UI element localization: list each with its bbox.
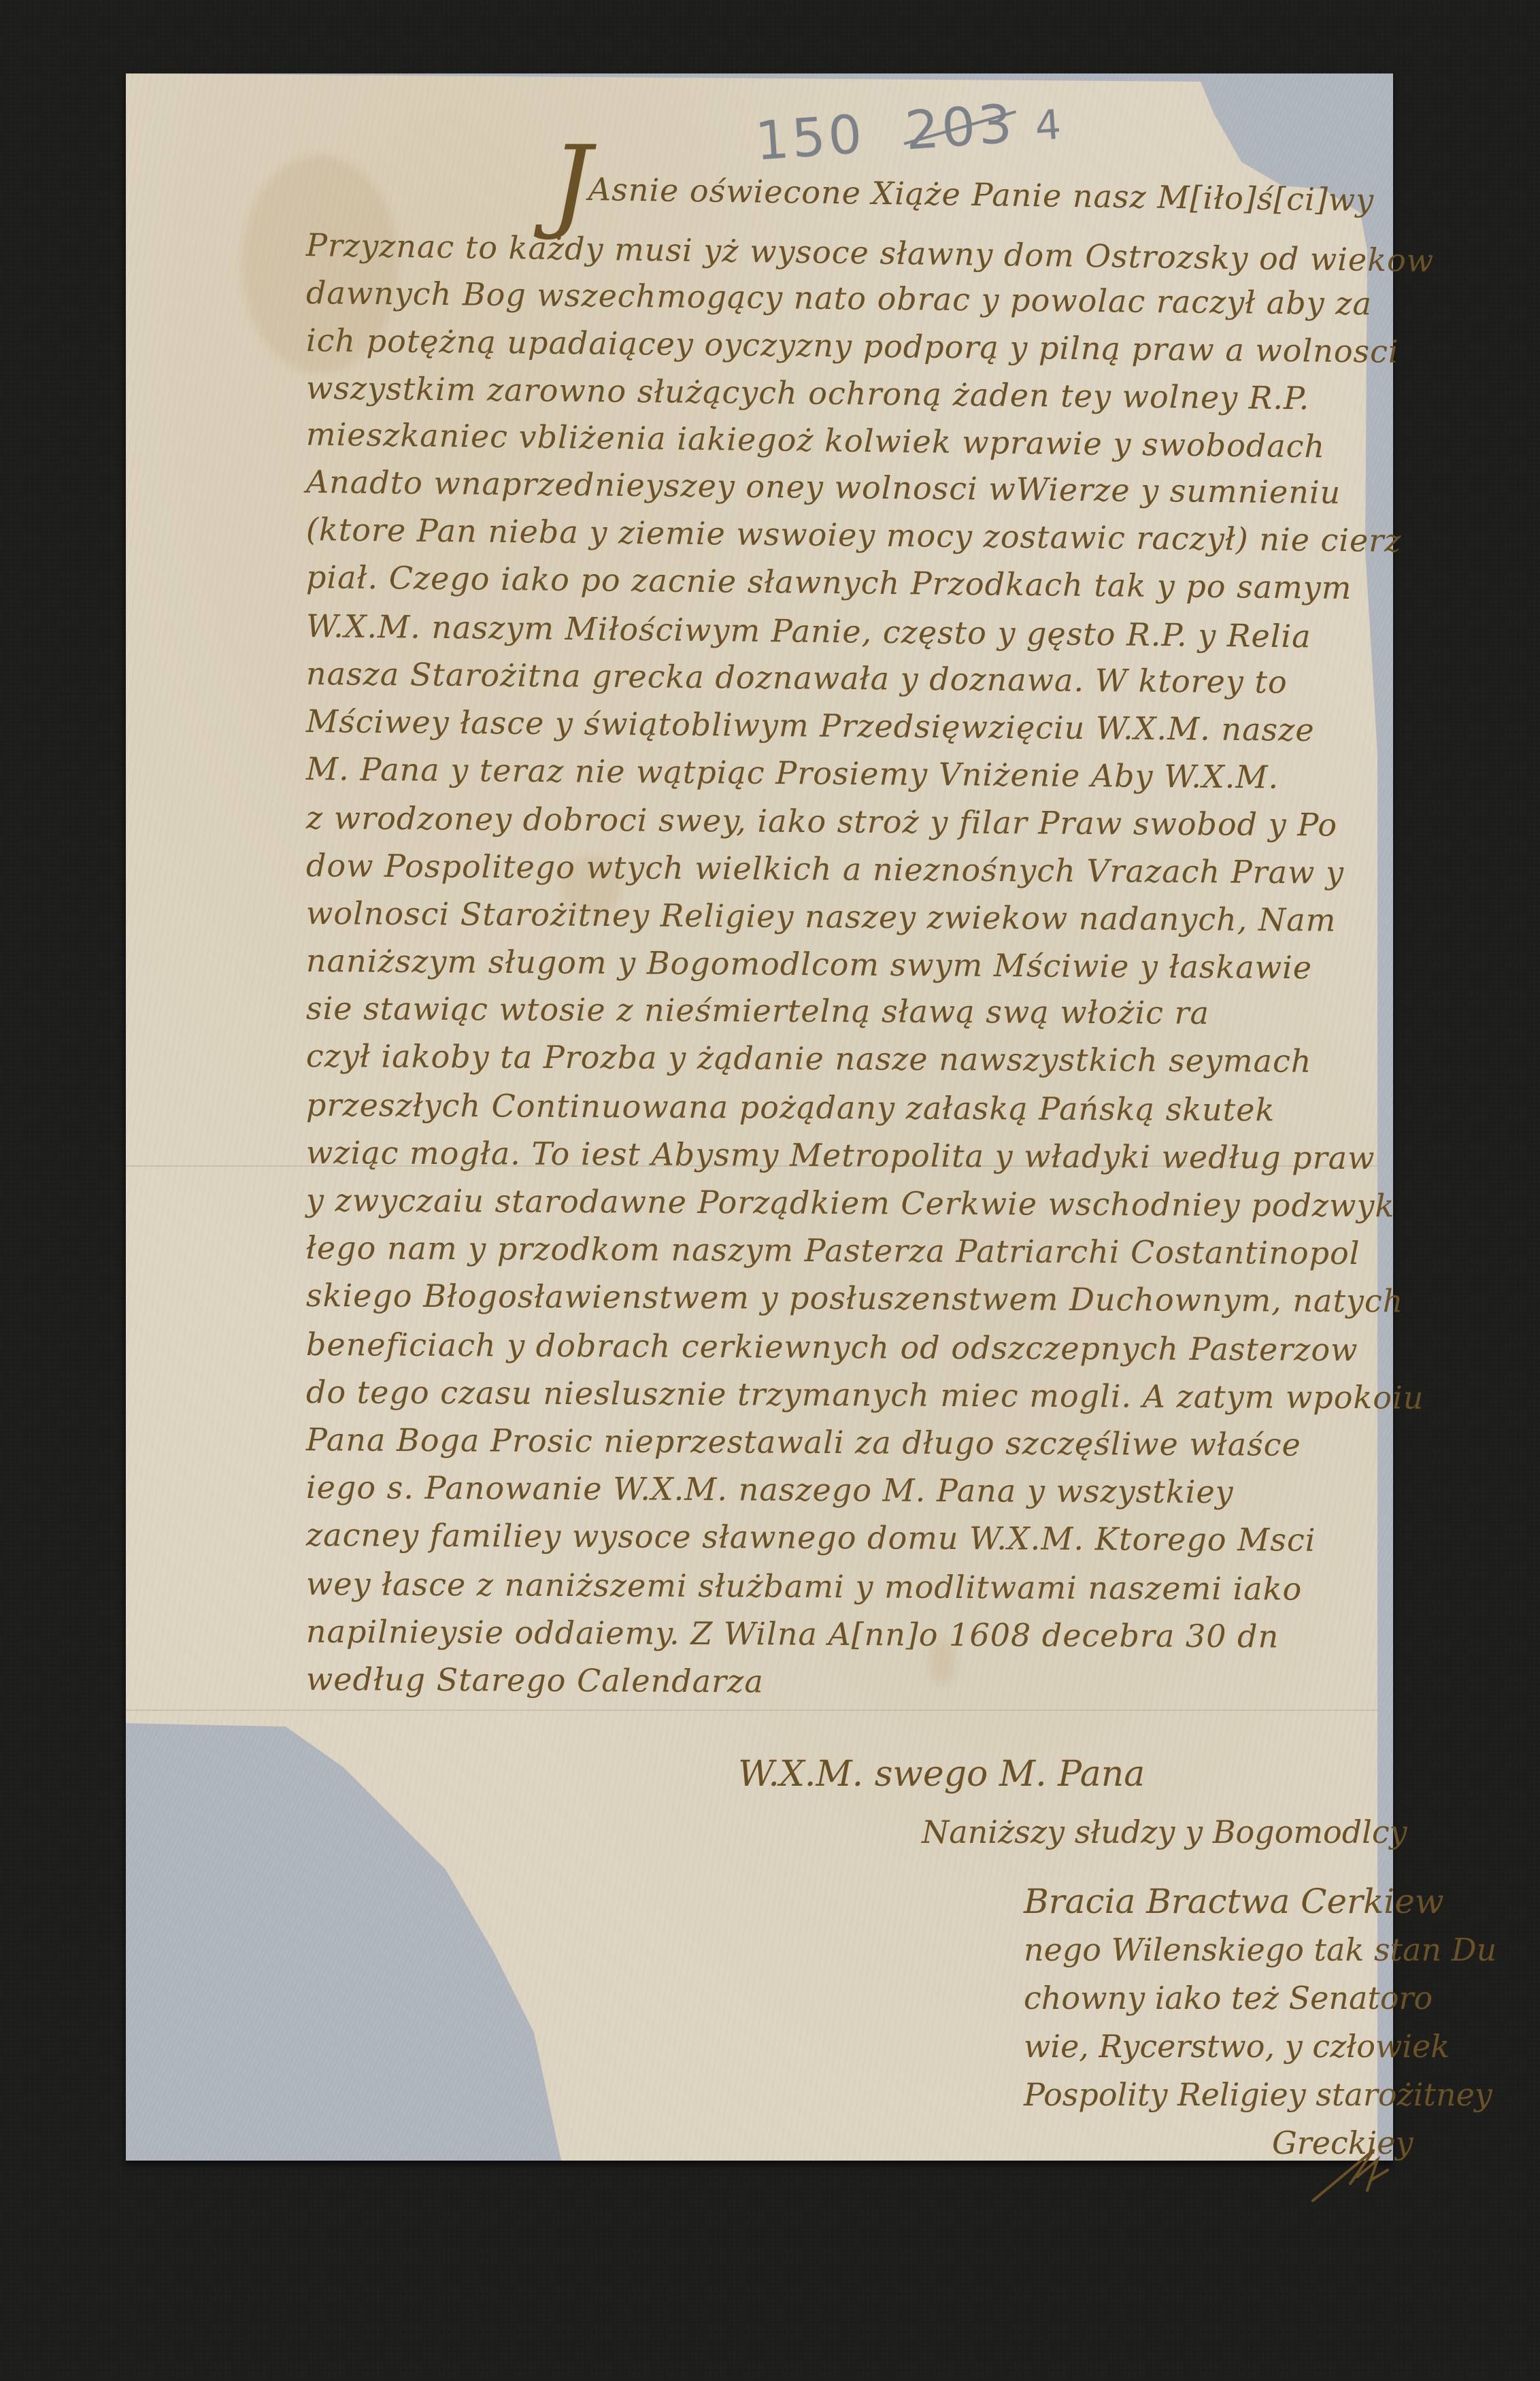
signatory-line: chowny iako też Senatoro (1024, 1982, 1433, 2014)
body-line: wolnosci Starożitney Religiey naszey zwi… (306, 897, 1337, 936)
body-line: iego s. Panowanie W.X.M. naszego M. Pana… (306, 1471, 1234, 1508)
signature-flourish-icon (1309, 2143, 1391, 2204)
body-line: przeszłych Continuowana pożądany załaską… (306, 1089, 1275, 1125)
fold-line (126, 1710, 1393, 1711)
body-line: nasza Starożitna grecka doznawała y dozn… (306, 658, 1288, 698)
body-line: łego nam y przodkom naszym Pasterza Patr… (306, 1232, 1360, 1269)
closing-line-1: W.X.M. swego M. Pana (738, 1756, 1145, 1792)
signatory-line: nego Wilenskiego tak stan Du (1024, 1934, 1496, 1965)
body-line: zacney familiey wysoce sławnego domu W.X… (306, 1519, 1316, 1556)
body-line: naniższym sługom y Bogomodlcom swym Mści… (306, 945, 1312, 983)
folio-current: 150 (753, 104, 867, 173)
body-line: Mściwey łasce y świątobliwym Przedsięwzi… (306, 705, 1315, 746)
body-line: M. Pana y teraz nie wątpiąc Prosiemy Vni… (306, 753, 1279, 793)
folio-struck-out: 203 (903, 93, 1017, 162)
body-line: beneficiach y dobrach cerkiewnych od ods… (306, 1329, 1358, 1365)
body-line: czył iakoby ta Prozba y żądanie nasze na… (306, 1040, 1312, 1077)
folio-suffix: 4 (1033, 101, 1065, 150)
closing-line-2: Naniższy słudzy y Bogomodlcy (922, 1816, 1407, 1848)
body-line: skiego Błogosławienstwem y posłuszenstwe… (306, 1280, 1404, 1316)
signatory-line: Pospolity Religiey starożitney (1024, 2079, 1492, 2110)
body-line: według Starego Calendarza (306, 1663, 764, 1697)
body-line: W.X.M. naszym Miłościwym Panie, często y… (306, 610, 1311, 652)
body-line: dow Pospolitego wtych wielkich a nieznoś… (306, 850, 1344, 888)
body-line: wey łasce z naniższemi służbami y modlit… (306, 1568, 1303, 1605)
signatory-line: wie, Rycerstwo, y człowiek (1024, 2031, 1450, 2062)
signatory-line: Bracia Bractwa Cerkiew (1024, 1884, 1444, 1918)
body-line: napilnieysie oddaiemy. Z Wilna A[nn]o 16… (306, 1616, 1279, 1652)
body-line: sie stawiąc wtosie z nieśmiertelną sławą… (306, 993, 1209, 1029)
drop-cap: J (551, 133, 592, 235)
body-line: Pana Boga Prosic nieprzestawali za długo… (306, 1424, 1301, 1461)
body-line: do tego czasu nieslusznie trzymanych mie… (306, 1376, 1424, 1414)
body-line: wszystkim zarowno służących ochroną żade… (306, 372, 1310, 414)
body-line: y zwyczaiu starodawne Porządkiem Cerkwie… (306, 1184, 1395, 1221)
body-line: wziąc mogła. To iest Abysmy Metropolita … (306, 1137, 1375, 1173)
body-line: z wrodzoney dobroci swey, iako stroż y f… (306, 802, 1337, 841)
